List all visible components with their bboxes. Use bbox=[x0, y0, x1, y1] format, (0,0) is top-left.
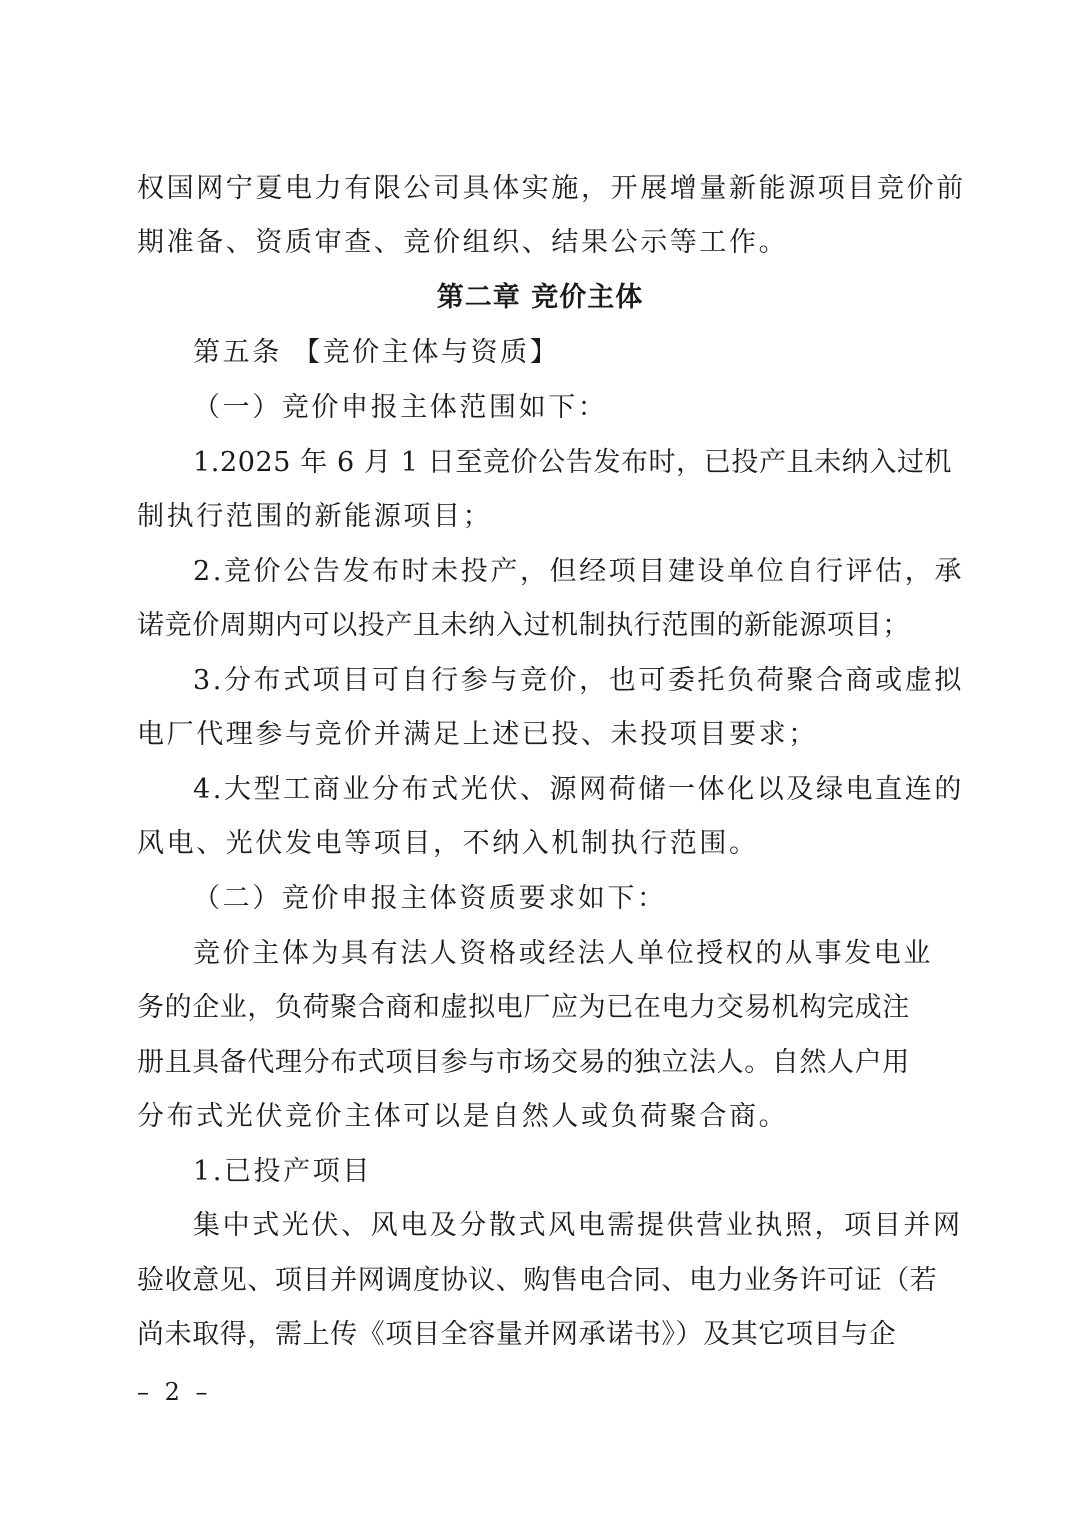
chapter-heading: 第二章 竞价主体 bbox=[0, 281, 1080, 315]
paragraph-line: 验收意见、项目并网调度协议、购售电合同、电力业务许可证（若 bbox=[137, 1264, 937, 1298]
subsection-title: 1.已投产项目 bbox=[193, 1155, 993, 1189]
paragraph-line: 期准备、资质审查、竞价组织、结果公示等工作。 bbox=[137, 226, 937, 260]
paragraph-line: 集中式光伏、风电及分散式风电需提供营业执照，项目并网 bbox=[193, 1209, 993, 1243]
paragraph-line: 分布式光伏竞价主体可以是自然人或负荷聚合商。 bbox=[137, 1100, 937, 1134]
paragraph-line: 务的企业，负荷聚合商和虚拟电厂应为已在电力交易机构完成注 bbox=[137, 991, 937, 1025]
section-title: （二）竞价申报主体资质要求如下： bbox=[193, 882, 993, 916]
list-item: 2.竞价公告发布时未投产，但经项目建设单位自行评估，承 bbox=[193, 555, 993, 589]
paragraph-line: 尚未取得，需上传《项目全容量并网承诺书》）及其它项目与企 bbox=[137, 1318, 937, 1352]
list-item: 1.2025 年 6 月 1 日至竞价公告发布时，已投产且未纳入过机 bbox=[193, 446, 993, 480]
paragraph-line: 竞价主体为具有法人资格或经法人单位授权的从事发电业 bbox=[193, 937, 993, 971]
paragraph-line: 权国网宁夏电力有限公司具体实施，开展增量新能源项目竞价前 bbox=[137, 172, 937, 206]
section-title: （一）竞价申报主体范围如下： bbox=[193, 391, 993, 425]
list-item-continuation: 诺竞价周期内可以投产且未纳入过机制执行范围的新能源项目； bbox=[137, 609, 937, 643]
page-number: – 2 – bbox=[137, 1377, 212, 1407]
list-item-continuation: 风电、光伏发电等项目，不纳入机制执行范围。 bbox=[137, 827, 937, 861]
document-page: 权国网宁夏电力有限公司具体实施，开展增量新能源项目竞价前 期准备、资质审查、竞价… bbox=[0, 0, 1080, 1527]
list-item: 3.分布式项目可自行参与竞价，也可委托负荷聚合商或虚拟 bbox=[193, 664, 993, 698]
article-title: 第五条 【竞价主体与资质】 bbox=[193, 336, 993, 370]
list-item-continuation: 电厂代理参与竞价并满足上述已投、未投项目要求； bbox=[137, 718, 937, 752]
list-item-continuation: 制执行范围的新能源项目； bbox=[137, 500, 937, 534]
paragraph-line: 册且具备代理分布式项目参与市场交易的独立法人。自然人户用 bbox=[137, 1046, 937, 1080]
list-item: 4.大型工商业分布式光伏、源网荷储一体化以及绿电直连的 bbox=[193, 773, 993, 807]
